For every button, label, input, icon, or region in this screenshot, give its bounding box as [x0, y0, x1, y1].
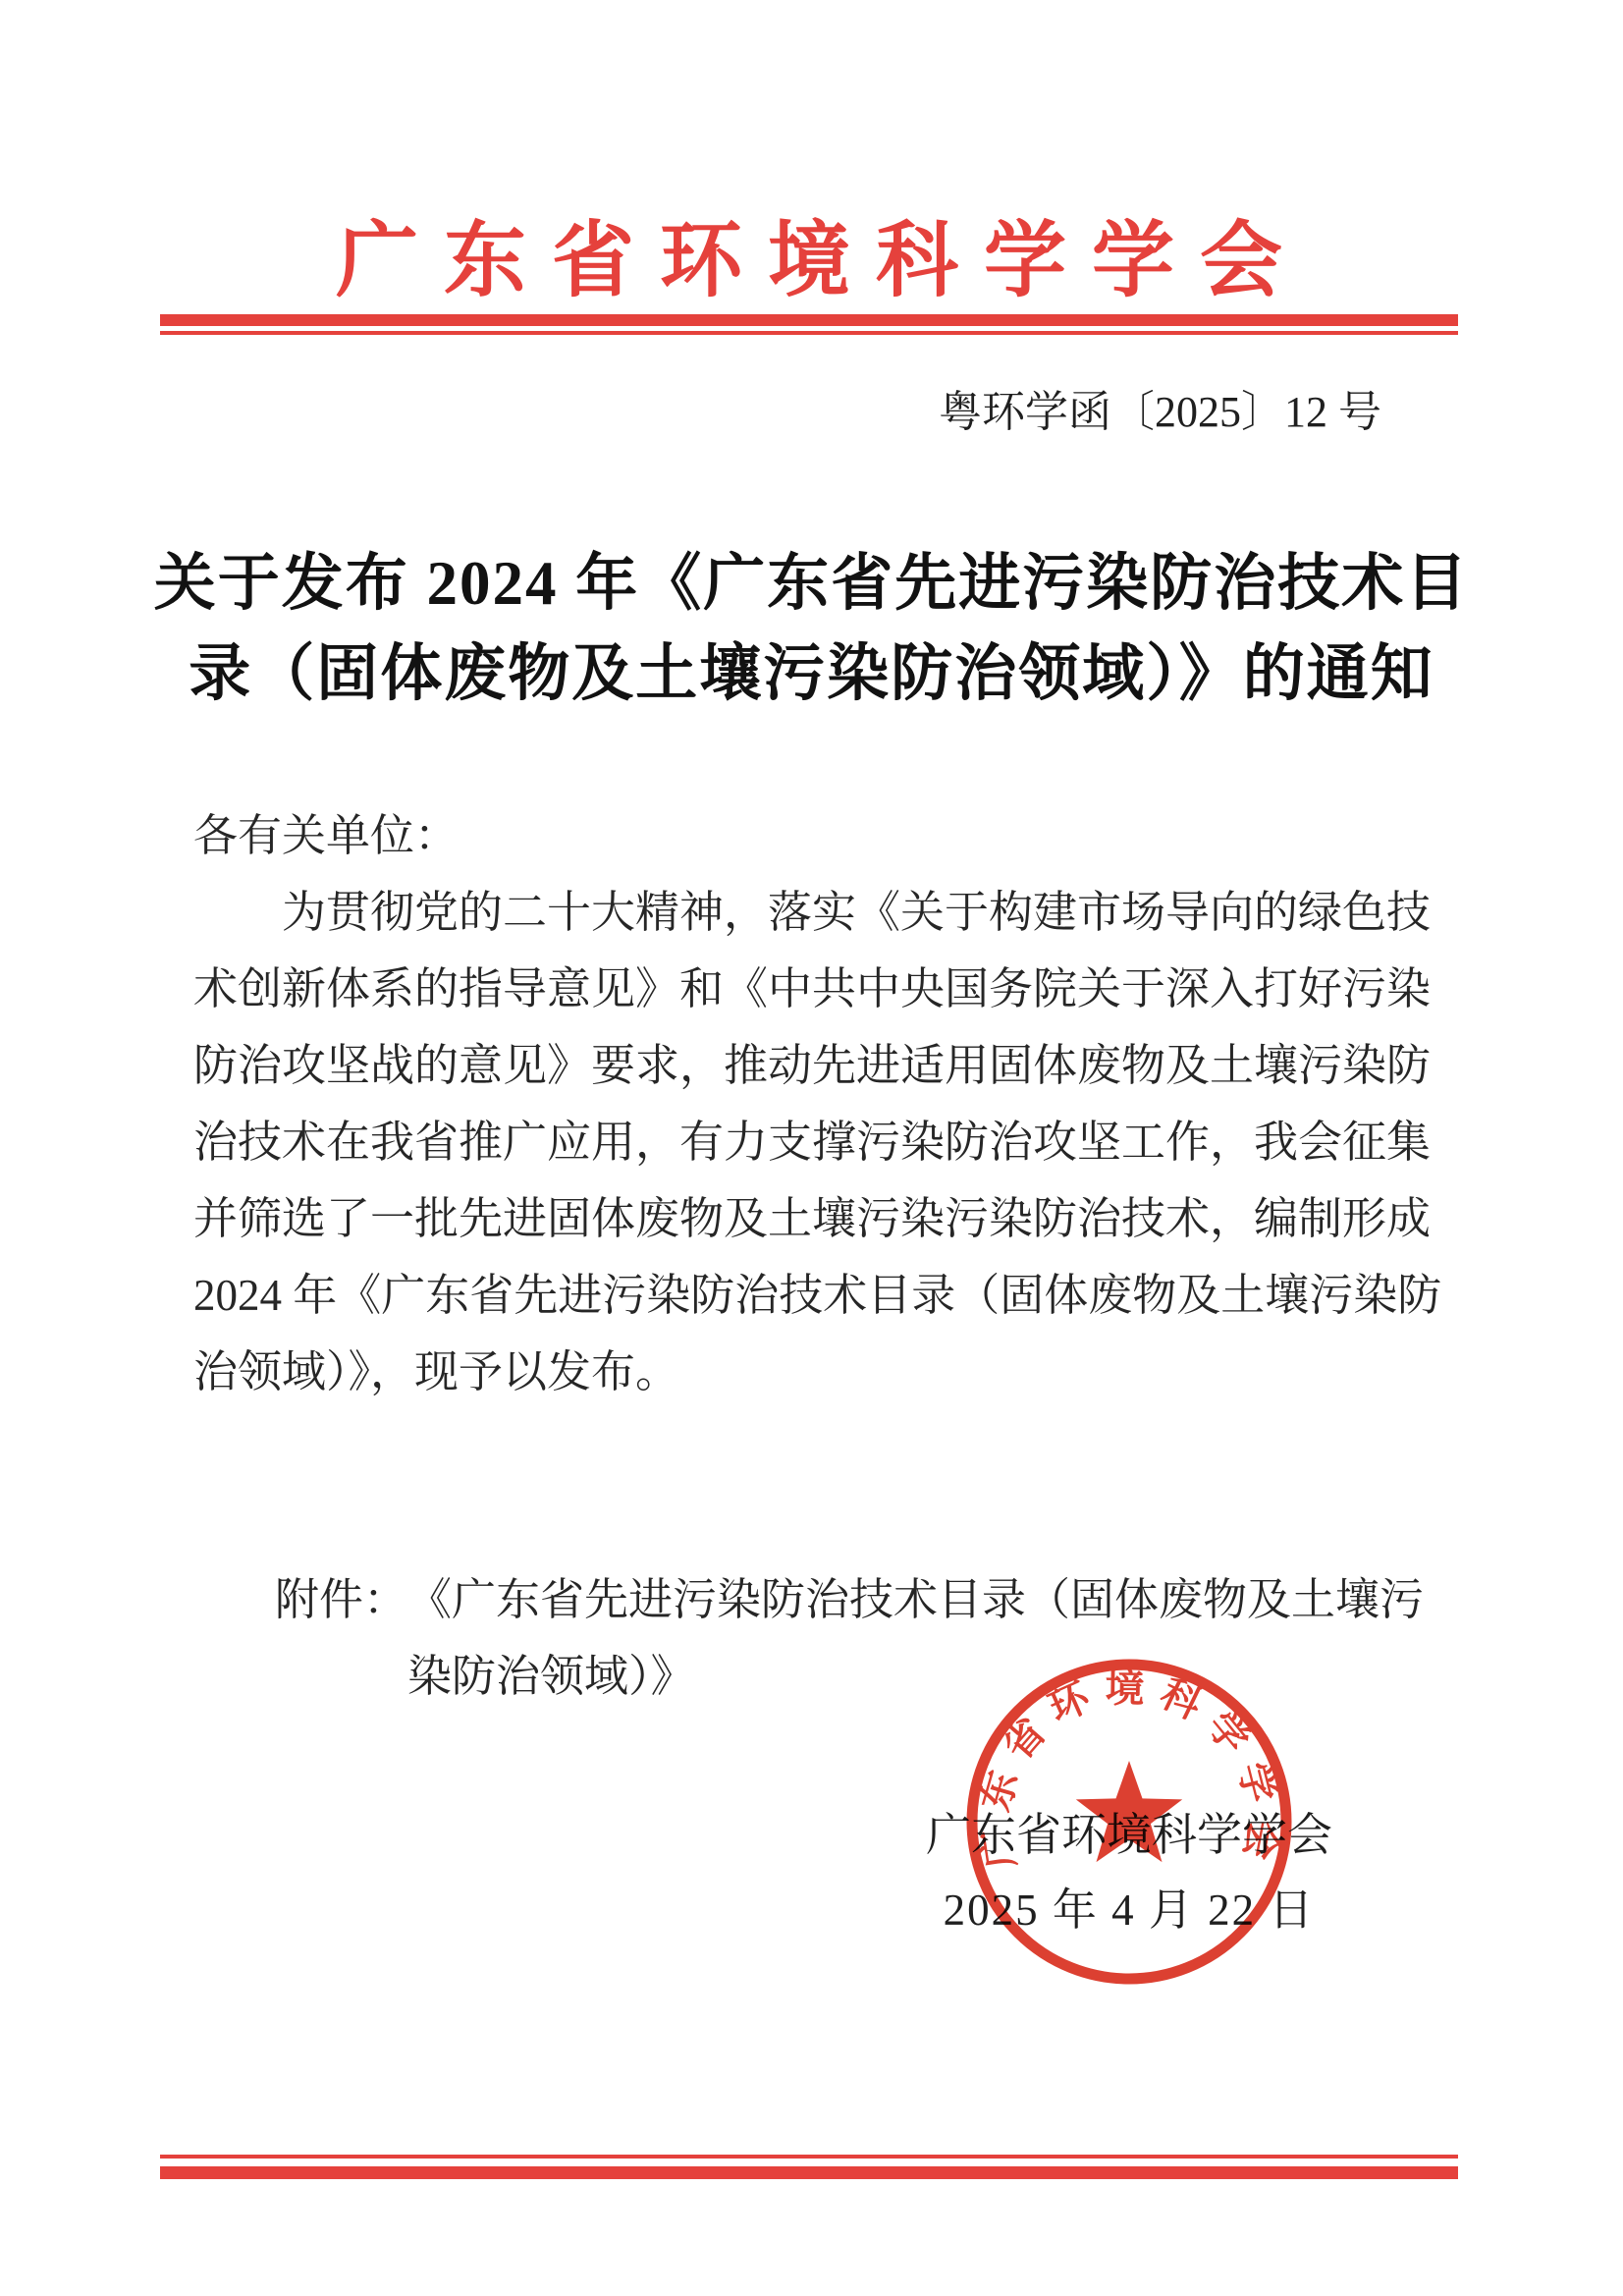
body-line: 治技术在我省推广应用，有力支撑污染防治攻坚工作，我会征集: [193, 1104, 1394, 1180]
document-page: 广东省环境科学学会 粤环学函〔2025〕12 号 关于发布 2024 年《广东省…: [0, 0, 1623, 2296]
red-rule-bottom-thin: [160, 2155, 1458, 2159]
body-line: 2024 年《广东省先进污染防治技术目录（固体废物及土壤污染防: [193, 1257, 1394, 1334]
notice-title: 关于发布 2024 年《广东省先进污染防治技术目 录（固体废物及土壤污染防治领域…: [118, 538, 1505, 719]
document-number: 粤环学函〔2025〕12 号: [193, 376, 1381, 439]
body-line: 并筛选了一批先进固体废物及土壤污染污染防治技术，编制形成: [193, 1180, 1394, 1257]
official-seal: 广东省环境科学学会: [962, 1655, 1296, 1989]
body-line: 治领域）》，现予以发布。: [193, 1334, 1394, 1410]
attachment-line1: 《广东省先进污染防治技术目录（固体废物及土壤污: [407, 1561, 1424, 1638]
notice-title-line1: 关于发布 2024 年《广东省先进污染防治技术目: [118, 538, 1505, 629]
red-rule-bottom-thick: [160, 2166, 1458, 2179]
official-seal-graphic: 广东省环境科学学会: [962, 1655, 1296, 1989]
red-rule-top-thick: [160, 314, 1458, 326]
body-line: 防治攻坚战的意见》要求，推动先进适用固体废物及土壤污染防: [193, 1027, 1394, 1104]
letterhead-title: 广东省环境科学学会: [160, 194, 1458, 313]
body-line: 为贯彻党的二十大精神，落实《关于构建市场导向的绿色技: [193, 874, 1394, 951]
notice-title-line2: 录（固体废物及土壤污染防治领域）》的通知: [118, 629, 1505, 719]
attachment-label: 附件：: [275, 1561, 407, 1638]
body-line: 术创新体系的指导意见》和《中共中央国务院关于深入打好污染: [193, 951, 1394, 1027]
seal-star-icon: [1076, 1761, 1182, 1862]
body-text: 各有关单位： 为贯彻党的二十大精神，落实《关于构建市场导向的绿色技 术创新体系的…: [193, 797, 1394, 1410]
red-rule-top-thin: [160, 331, 1458, 335]
salutation: 各有关单位：: [193, 797, 1394, 874]
